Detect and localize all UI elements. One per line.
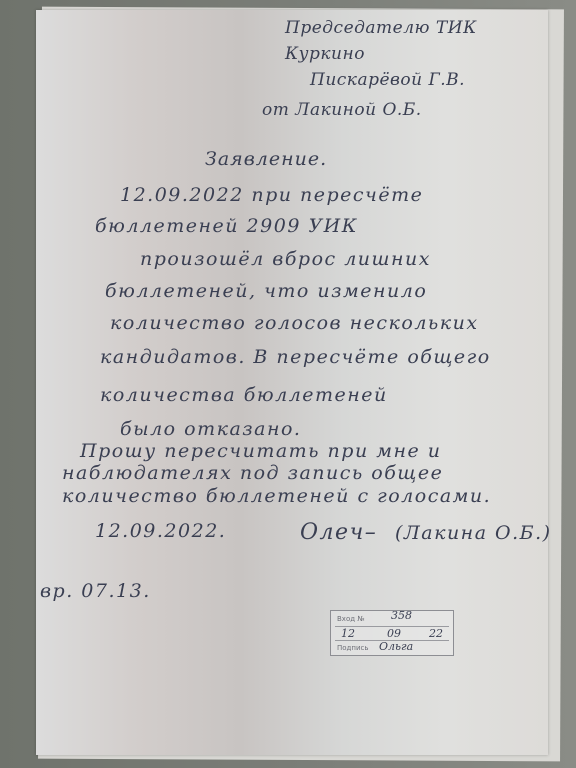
- stamp-row-incoming: Вход № 358: [335, 612, 449, 627]
- stamp-signature-value: Ольга: [379, 640, 413, 653]
- body-line: было отказано.: [120, 418, 301, 440]
- stamp-incoming-label: Вход №: [337, 615, 365, 623]
- body-line: наблюдателях под запись общее: [62, 462, 443, 484]
- body-line: произошёл вброс лишних: [140, 248, 431, 270]
- signature-date: 12.09.2022.: [95, 520, 226, 542]
- body-line: кандидатов. В пересчёте общего: [100, 346, 491, 368]
- addressee-line-1: Председателю ТИК: [285, 18, 477, 38]
- document-title: Заявление.: [205, 148, 327, 170]
- signature-name: (Лакина О.Б.): [395, 522, 552, 544]
- signature: Олеч–: [300, 520, 377, 545]
- addressee-line-2: Куркино: [285, 44, 365, 64]
- stamp-row-signature: Подпись Ольга: [335, 640, 449, 654]
- stamp-row-date: 12 09 22: [335, 626, 449, 641]
- body-line: бюллетеней, что изменило: [105, 280, 427, 302]
- registration-stamp: Вход № 358 12 09 22 Подпись Ольга: [330, 610, 454, 656]
- addressee-line-4: от Лакиной О.Б.: [262, 100, 422, 120]
- stamp-signature-label: Подпись: [337, 644, 369, 652]
- stamp-month: 09: [387, 627, 401, 640]
- body-line: количество голосов нескольких: [110, 312, 479, 334]
- stamp-incoming-number: 358: [391, 609, 412, 622]
- body-line: бюллетеней 2909 УИК: [95, 215, 358, 237]
- body-line: 12.09.2022 при пересчёте: [120, 184, 423, 206]
- stamp-year: 22: [429, 627, 443, 640]
- addressee-line-3: Пискарёвой Г.В.: [310, 70, 465, 90]
- handwritten-page: [36, 10, 548, 755]
- body-line: Прошу пересчитать при мне и: [80, 440, 442, 462]
- body-line: количества бюллетеней: [100, 384, 388, 406]
- body-line: количество бюллетеней с голосами.: [62, 485, 491, 507]
- stamp-day: 12: [341, 627, 355, 640]
- time-note: вр. 07.13.: [40, 580, 151, 602]
